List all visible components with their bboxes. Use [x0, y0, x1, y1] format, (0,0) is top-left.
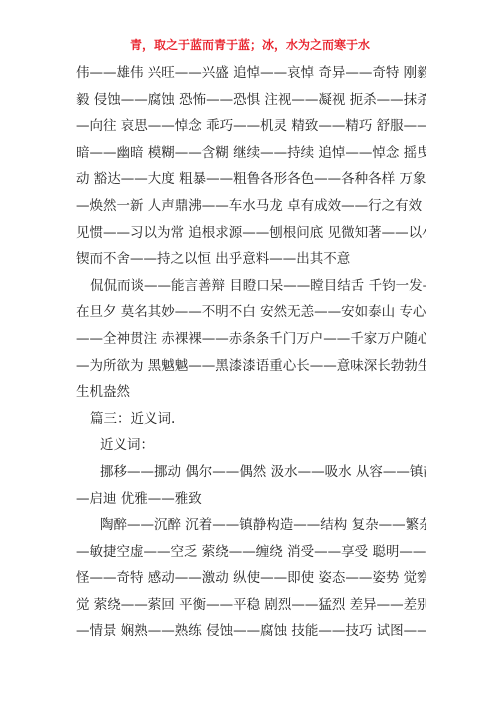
subheading: 近义词：: [76, 432, 426, 459]
text-line: 动 豁达——大度 粗暴——粗鲁各形各色——各种各样 万象更新—: [76, 166, 426, 193]
text-line: 觉 萦绕——萦回 平衡——平稳 剧烈——猛烈 差异——差别 光景—: [76, 592, 426, 619]
text-line: —向往 哀思——悼念 乖巧——机灵 精致——精巧 舒服——舒适 昏: [76, 113, 426, 140]
text-line: 伟——雄伟 兴旺——兴盛 追悼——哀悼 奇异——奇特 刚毅——坚: [76, 60, 426, 87]
text-line: 陶醉——沉醉 沉着——镇静构造——结构 复杂——繁杂 机敏—: [76, 512, 426, 539]
text-line: 见惯——习以为常 追根求源——刨根问底 见微知著——以小见大: [76, 220, 426, 247]
text-line: 暗——幽暗 模糊——含糊 继续——持续 追悼——悼念 摇曳——摇: [76, 140, 426, 167]
text-line: 侃侃而谈——能言善辩 目瞪口呆——瞠目结舌 千钧一发——危: [76, 273, 426, 300]
text-line: —启迪 优雅——雅致: [76, 486, 426, 513]
text-line: —焕然一新 人声鼎沸——车水马龙 卓有成效——行之有效 司空: [76, 193, 426, 220]
text-line: —为所欲为 黑魆魆——黑漆漆语重心长——意味深长勃勃生机——: [76, 353, 426, 380]
text-line: 毅 侵蚀——腐蚀 恐怖——恐惧 注视——凝视 扼杀——抹杀 憧憬—: [76, 87, 426, 114]
section-heading: 篇三：近义词.: [76, 406, 426, 433]
text-line: ——全神贯注 赤裸裸——赤条条千门万户——千家万户随心所欲—: [76, 326, 426, 353]
text-line: 挪移——挪动 偶尔——偶然 汲水——吸水 从容——镇静启示—: [76, 459, 426, 486]
text-line: 锲而不舍——持之以恒 出乎意料——出其不意: [76, 246, 426, 273]
text-line: —敏捷空虚——空乏 萦绕——缠绕 消受——享受 聪明——聪慧 奇: [76, 539, 426, 566]
text-line: 在旦夕 莫名其妙——不明不白 安然无恙——安如泰山 专心致志: [76, 299, 426, 326]
text-line: —情景 娴熟——熟练 侵蚀——腐蚀 技能——技巧 试图——打算 枯: [76, 618, 426, 645]
text-line: 怪——奇特 感动——激动 纵使——即使 姿态——姿势 觉察——察: [76, 565, 426, 592]
document-body: 伟——雄伟 兴旺——兴盛 追悼——哀悼 奇异——奇特 刚毅——坚 毅 侵蚀——腐…: [76, 60, 426, 645]
text-line: 生机盎然: [76, 379, 426, 406]
document-title: 青，取之于蓝而青于蓝；冰，水为之而寒于水: [0, 36, 500, 53]
